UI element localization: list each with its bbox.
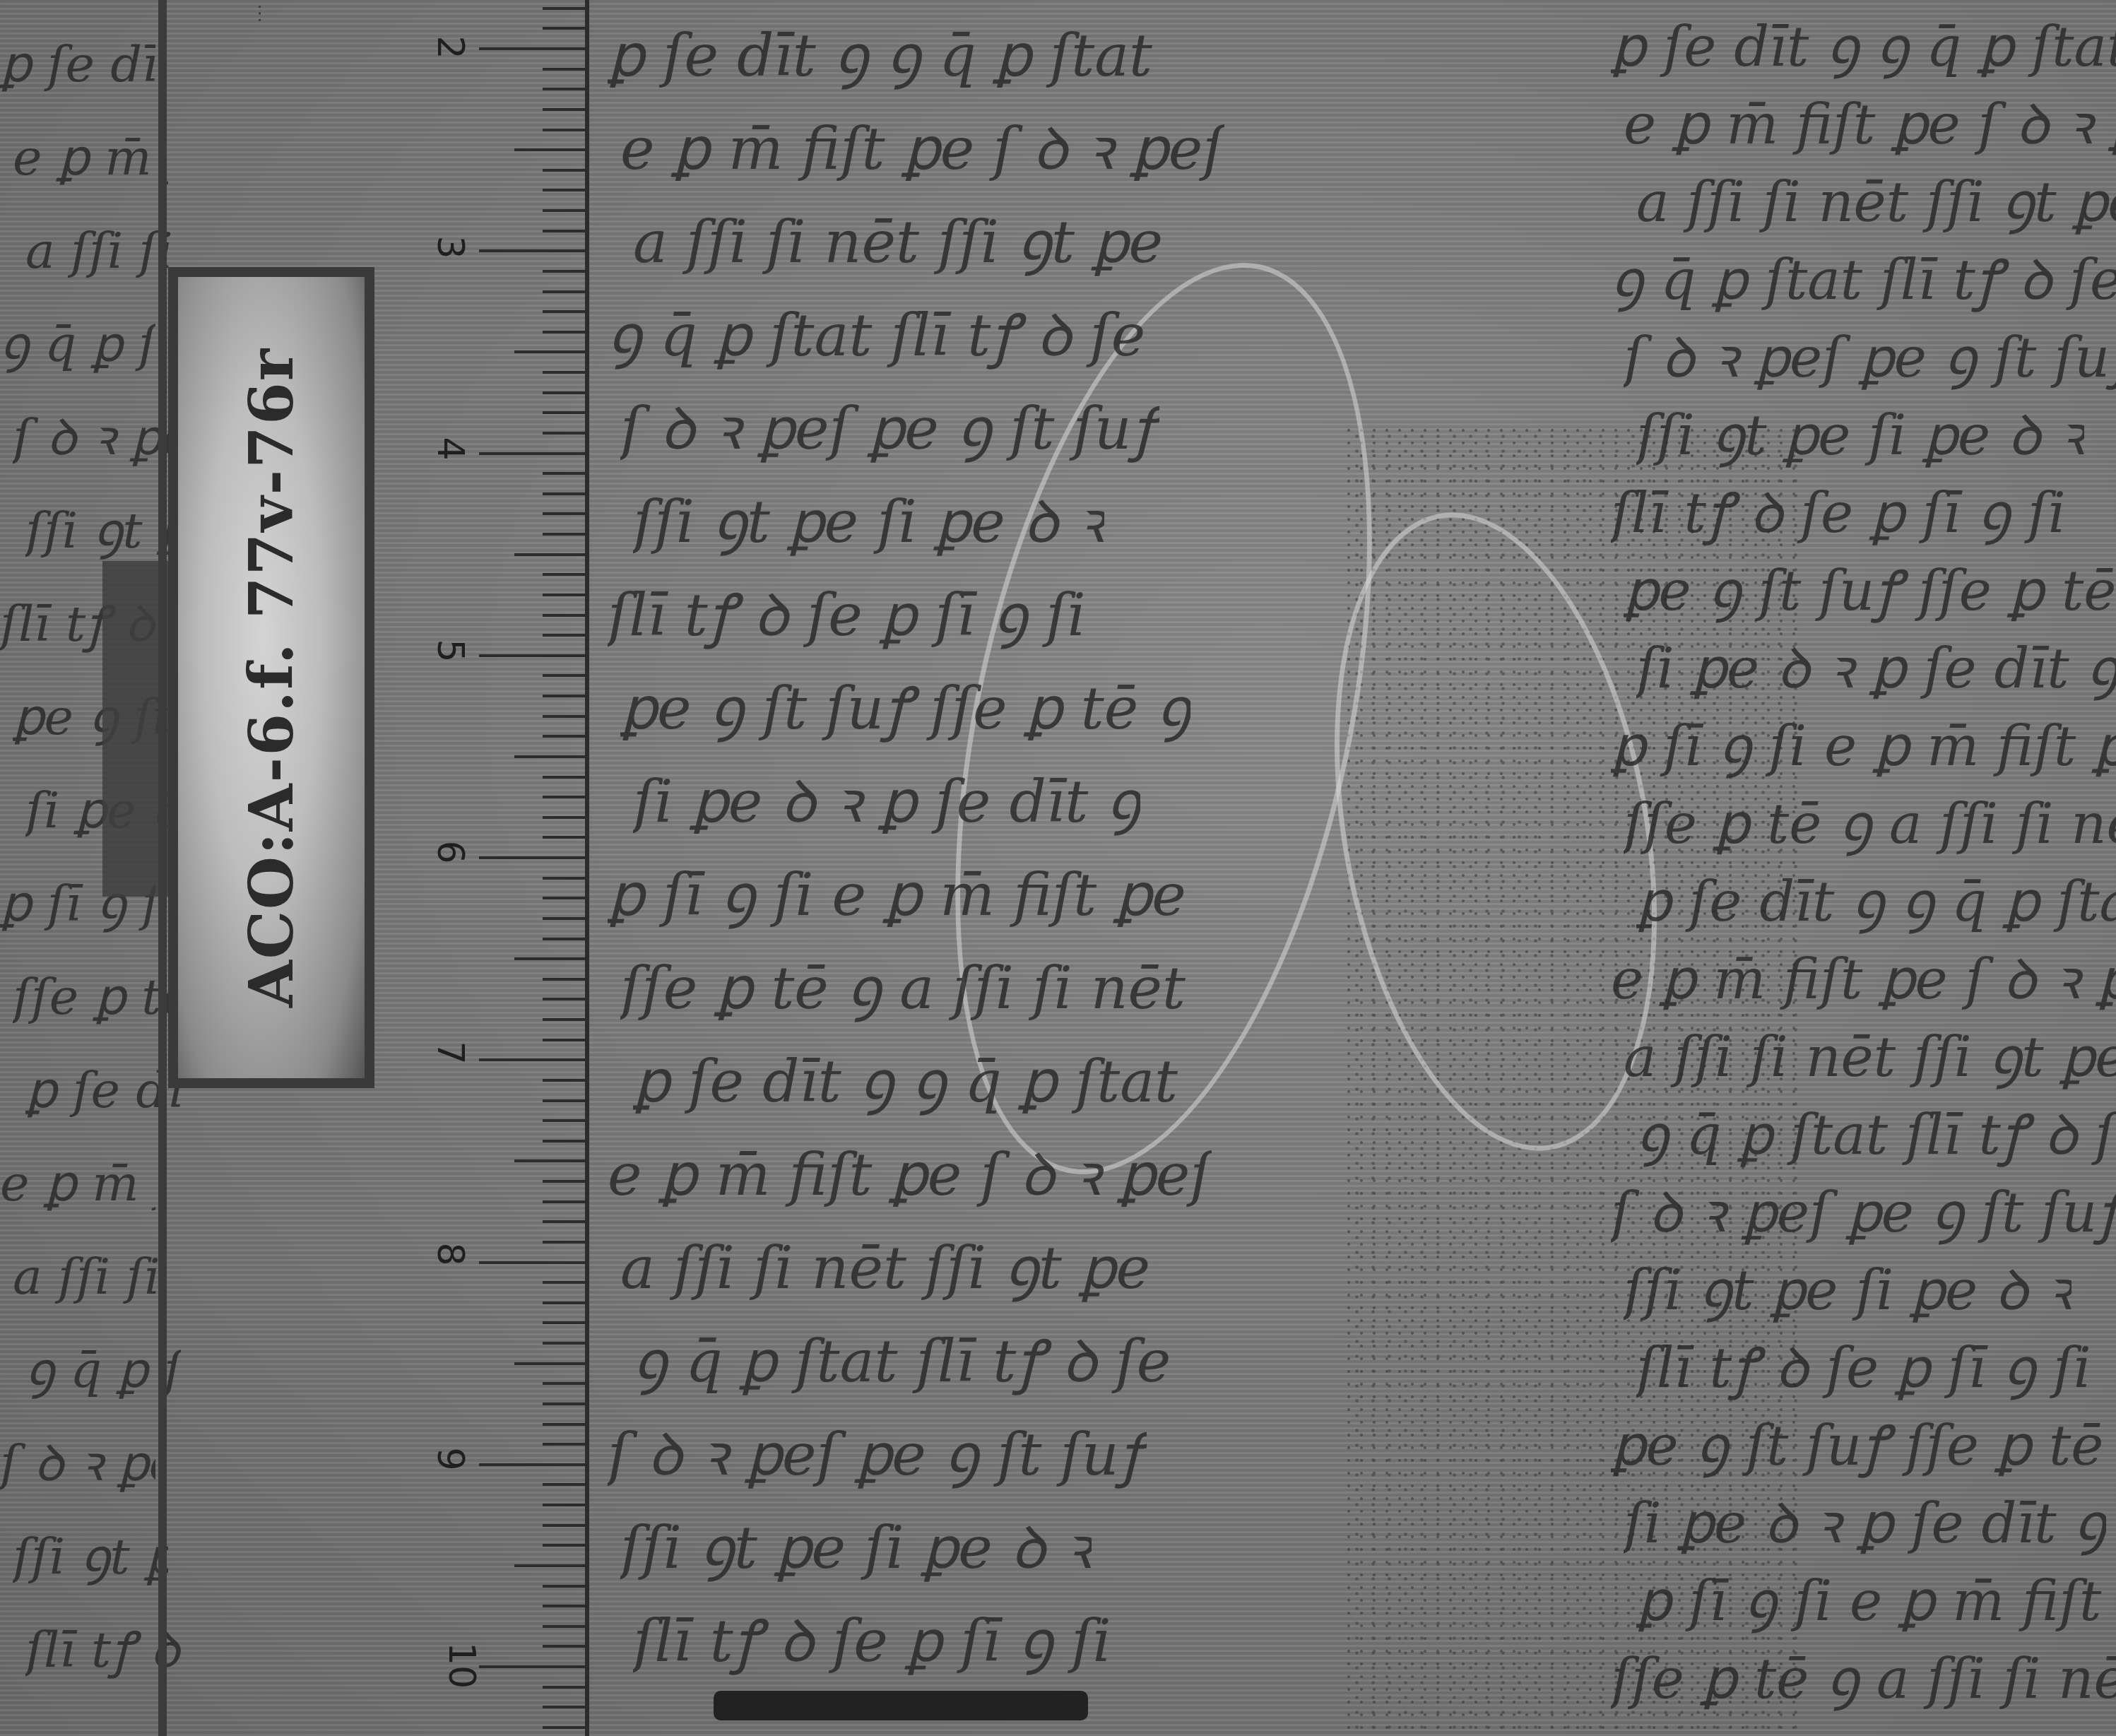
ruler-tick [543,88,585,90]
ruler-tick [543,27,585,30]
ruler-tick [543,1180,585,1183]
corner-faint-text: ⋯ [249,4,272,23]
ruler-tick [543,432,585,435]
ruler-tick [543,1706,585,1708]
ruler-tick [543,836,585,839]
ruler-tick [543,796,585,798]
ruler-tick [514,957,585,960]
ruler-tick [479,654,585,657]
ruler-tick [543,512,585,515]
ruler-tick [543,1241,585,1244]
handwriting-line: a ſſi ſi nēt ſſi ꝯt ꝑe [1624,1017,2116,1092]
ruler-tick [543,877,585,880]
ruler-tick [543,371,585,374]
ruler-tick [543,7,585,10]
handwriting-line: ſſi ꝯt ꝑe ſi ꝑe ꝺ ꝛ [1636,396,2084,471]
ruler-tick [543,573,585,576]
ruler-tick [543,897,585,899]
handwriting-line: ꝑ ſī ꝯ ſi e ꝑ m̄ fiſt ꝑe [1636,1561,2116,1636]
ruler-tick [543,938,585,940]
ruler-tick [543,1018,585,1021]
ruler-tick [543,695,585,697]
ruler-tick [479,1665,585,1668]
ruler-tick [543,1686,585,1689]
ruler-tick [543,1443,585,1446]
ruler-tick [543,472,585,475]
handwriting-line: ſſi ꝯt ꝑe ſi ꝑe ꝺ ꝛ [1624,1251,2071,1325]
ruler-tick [543,391,585,394]
ruler-tick [543,614,585,617]
ruler-tick [543,1220,585,1223]
ruler-tick [543,1524,585,1527]
ruler-tick [543,1423,585,1426]
ruler-tick [514,350,585,353]
ruler-tick [543,735,585,738]
ruler-tick [479,47,585,50]
ruler-tick [543,1605,585,1607]
ruler-tick [479,1261,585,1264]
handwriting-line: ſſe ꝑ tē ꝯ a ſſi ſi nēt [1611,1639,2116,1714]
ruler-tick [514,755,585,758]
ruler-number: 4 [429,437,471,460]
handwriting-line: e ꝑ m̄ fiſt ꝑe ſ ꝺ ꝛ ꝑeſ [1611,940,2116,1015]
ruler-tick [543,594,585,596]
ruler-tick [543,1099,585,1102]
ruler-tick [543,634,585,637]
ruler-number: 5 [429,639,471,662]
ruler-tick [479,452,585,455]
ruler-tick [543,715,585,718]
manuscript-page: ꝑ ſe dīt ꝯ ꝯ q̄ ꝑ ſtate ꝑ m̄ fiſt ꝑe ſ ꝺ… [0,0,2116,1736]
ruler-tick [543,1281,585,1284]
ruler-tick [479,1058,585,1061]
handwriting-line: ꝯ q̄ ꝑ ſtat ſlī tꝭ ꝺ ſe [1636,1095,2116,1170]
ruler-tick [543,1585,585,1588]
ruler-tick [543,1544,585,1547]
ruler-tick [479,249,585,252]
archive-call-number-label: ACO:A-6.f. 77v-76r [168,267,374,1088]
ruler-number: 9 [429,1447,471,1470]
ruler-tick [543,230,585,232]
handwriting-line: a ſſi ſi nēt ſſi ꝯt ꝑe [1636,163,2116,237]
handwriting-line: ſ ꝺ ꝛ ꝑeſ ꝑe ꝯ ſt ſuꝭ [1624,318,2116,393]
ruler-tick [514,1362,585,1365]
ruler-tick [479,856,585,859]
handwriting-line: ꝑ ſe dīt ꝯ ꝯ q̄ ꝑ ſtat [1636,862,2116,937]
ruler-number: 8 [429,1242,471,1265]
ruler-tick [543,978,585,981]
ruler-tick [479,1463,585,1466]
handwriting-line: e ꝑ m̄ fiſt ꝑe ſ ꝺ ꝛ ꝑeſ [1624,85,2116,160]
handwriting-line: ſ ꝺ ꝛ ꝑeſ ꝑe ꝯ ſt ſuꝭ [1611,1173,2116,1248]
ruler-tick [543,776,585,779]
ruler-tick [543,1645,585,1648]
ruler-tick [543,1726,585,1729]
handwriting-line: ꝑ ſe dīt ꝯ ꝯ q̄ ꝑ ſtat [1611,7,2116,82]
ruler-tick [543,1301,585,1304]
ruler-tick [543,1625,585,1628]
ruler-tick [543,310,585,313]
ruler-tick [543,917,585,920]
handwriting-line: ſlī tꝭ ꝺ ſe ꝑ ſī ꝯ ſi [1611,473,2066,548]
ruler-tick [543,169,585,172]
ruler-tick [514,553,585,556]
ruler-number: 6 [429,840,471,863]
handwriting-line: ꝑe ꝯ ſt ſuꝭ ſſe ꝑ tē ꝯ [1624,551,2116,626]
ruler-number: 7 [429,1041,471,1064]
ruler-tick [543,674,585,677]
ruler-tick [543,189,585,191]
handwriting-line: ꝑe ꝯ ſt ſuꝭ ſſe ꝑ tē ꝯ [1611,1406,2116,1481]
ruler-tick [543,68,585,71]
measurement-ruler: 2345678910 [410,0,589,1736]
ruler-number: 3 [429,235,471,259]
ruler-tick [543,533,585,536]
ruler-tick [543,1483,585,1486]
call-number-text: ACO:A-6.f. 77v-76r [236,348,307,1008]
ruler-tick [514,1159,585,1162]
vertical-guide-line [158,0,167,1736]
ruler-tick [543,1119,585,1122]
handwriting-line: ſlī tꝭ ꝺ ſe ꝑ ſī ꝯ ſi [1636,1328,2091,1403]
ruler-tick [543,1140,585,1142]
ruler-tick [543,492,585,495]
ink-bar-stroke [714,1691,1088,1720]
ruler-number: 2 [429,35,471,59]
handwriting-line: ſi ꝑe ꝺ ꝛ ꝑ ſe dīt ꝯ [1636,629,2116,704]
handwriting-line: ſſe ꝑ tē ꝯ a ſſi ſi nēt [1624,784,2116,859]
ruler-tick [543,816,585,819]
ruler-tick [543,998,585,1000]
ruler-tick [543,129,585,131]
handwriting-line: ꝯ q̄ ꝑ ſtat ſlī tꝭ ꝺ ſe [1611,240,2116,315]
ruler-tick [543,209,585,212]
handwriting-line: ſi ꝑe ꝺ ꝛ ꝑ ſe dīt ꝯ [1624,1484,2106,1559]
ruler-tick [514,148,585,151]
ruler-tick [514,1564,585,1567]
ruler-tick [543,1200,585,1203]
ruler-tick [543,1321,585,1324]
ruler-tick [543,411,585,414]
ruler-tick [543,331,585,333]
ruler-tick [543,270,585,273]
ruler-tick [543,290,585,293]
ruler-tick [543,1342,585,1345]
ruler-tick [543,1039,585,1041]
ruler-edge [585,0,589,1736]
handwriting-line: ꝑ ſī ꝯ ſi e ꝑ m̄ fiſt ꝑe [1611,707,2116,781]
ruler-tick [543,108,585,111]
ruler-tick [543,1079,585,1082]
ruler-number: 10 [440,1642,483,1689]
ruler-tick [543,1382,585,1385]
ruler-tick [543,1504,585,1506]
ruler-tick [543,1403,585,1405]
